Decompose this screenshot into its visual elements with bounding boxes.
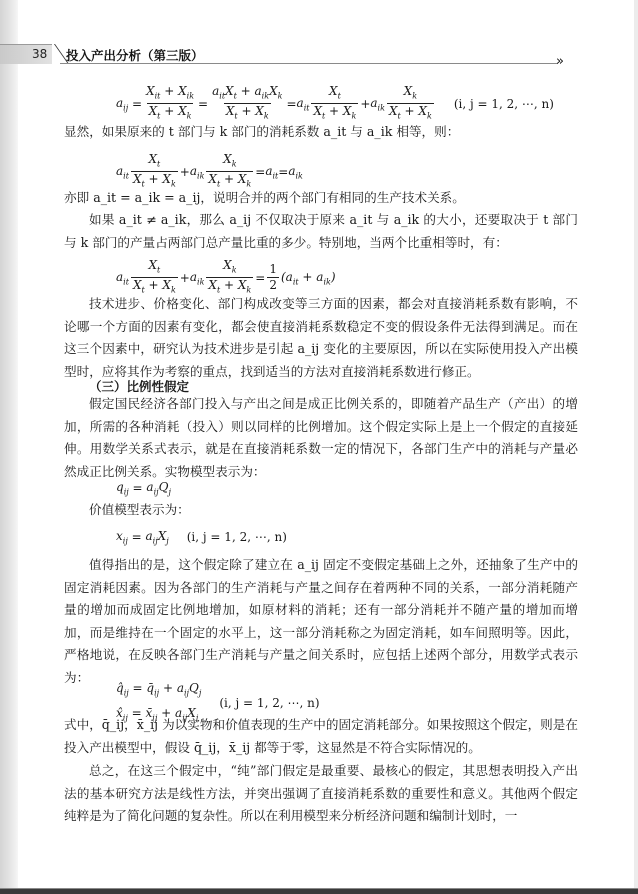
header-rule [60, 63, 558, 64]
page-left-shadow [0, 0, 18, 889]
page-number-tab: 38 [0, 44, 52, 64]
paragraph-7: 值得指出的是，这个假定除了建立在 a_ij 固定不变假定基础上之外，还抽象了生产… [64, 554, 578, 690]
equation-value-model: xij = aijXj (i, j = 1, 2, ⋯, n) [116, 529, 287, 545]
viewer-bottom-bar [0, 888, 638, 894]
paragraph-5: 假定国民经济各部门投入与产出之间是成正比例关系的，即随着产品生产（产出）的增加，… [64, 393, 578, 483]
equation-physical-model: qij = aijQj [116, 480, 171, 496]
double-chevron-right-icon: » [556, 54, 561, 69]
paragraph-8: 式中，q̄_ij，x̄_ij 为以实物和价值表现的生产中的固定消耗部分。如果按照… [64, 714, 578, 759]
paragraph-1: 显然，如果原来的 t 部门与 k 部门的消耗系数 a_it 与 a_ik 相等，… [64, 121, 578, 144]
paragraph-3: 如果 a_it ≠ a_ik，那么 a_ij 不仅取决于原来 a_it 与 a_… [64, 209, 578, 254]
paragraph-2: 亦即 a_it = a_ik = a_ij，说明合并的两个部门有相同的生产技术关… [64, 187, 578, 210]
equation-merged-coefficient: aij = Xit + XikXt + Xk = aitXt + aikXkXt… [116, 84, 554, 124]
page-right-edge [634, 0, 638, 889]
equation-equal-coefficients: ait XtXt + Xk +aik XkXt + Xk =ait=aik [116, 152, 303, 192]
paragraph-4: 技术进步、价格变化、部门构成改变等三方面的因素，都会对直接消耗系数有影响，不论哪… [64, 293, 578, 383]
equation-condition: (i, j = 1, 2, ⋯, n) [454, 97, 554, 111]
paragraph-9: 总之，在这三个假定中，“纯”部门假定是最重要、最核心的假定，其思想表明投入产出法… [64, 760, 578, 828]
page-number: 38 [32, 47, 47, 61]
running-header: 38 投入产出分析（第三版） » [0, 44, 580, 66]
equation-equal-weights: ait XtXt + Xk +aik XkXt + Xk = 12 (ait +… [116, 258, 336, 298]
paragraph-6: 价值模型表示为： [64, 499, 578, 522]
running-title: 投入产出分析（第三版） [66, 46, 204, 64]
